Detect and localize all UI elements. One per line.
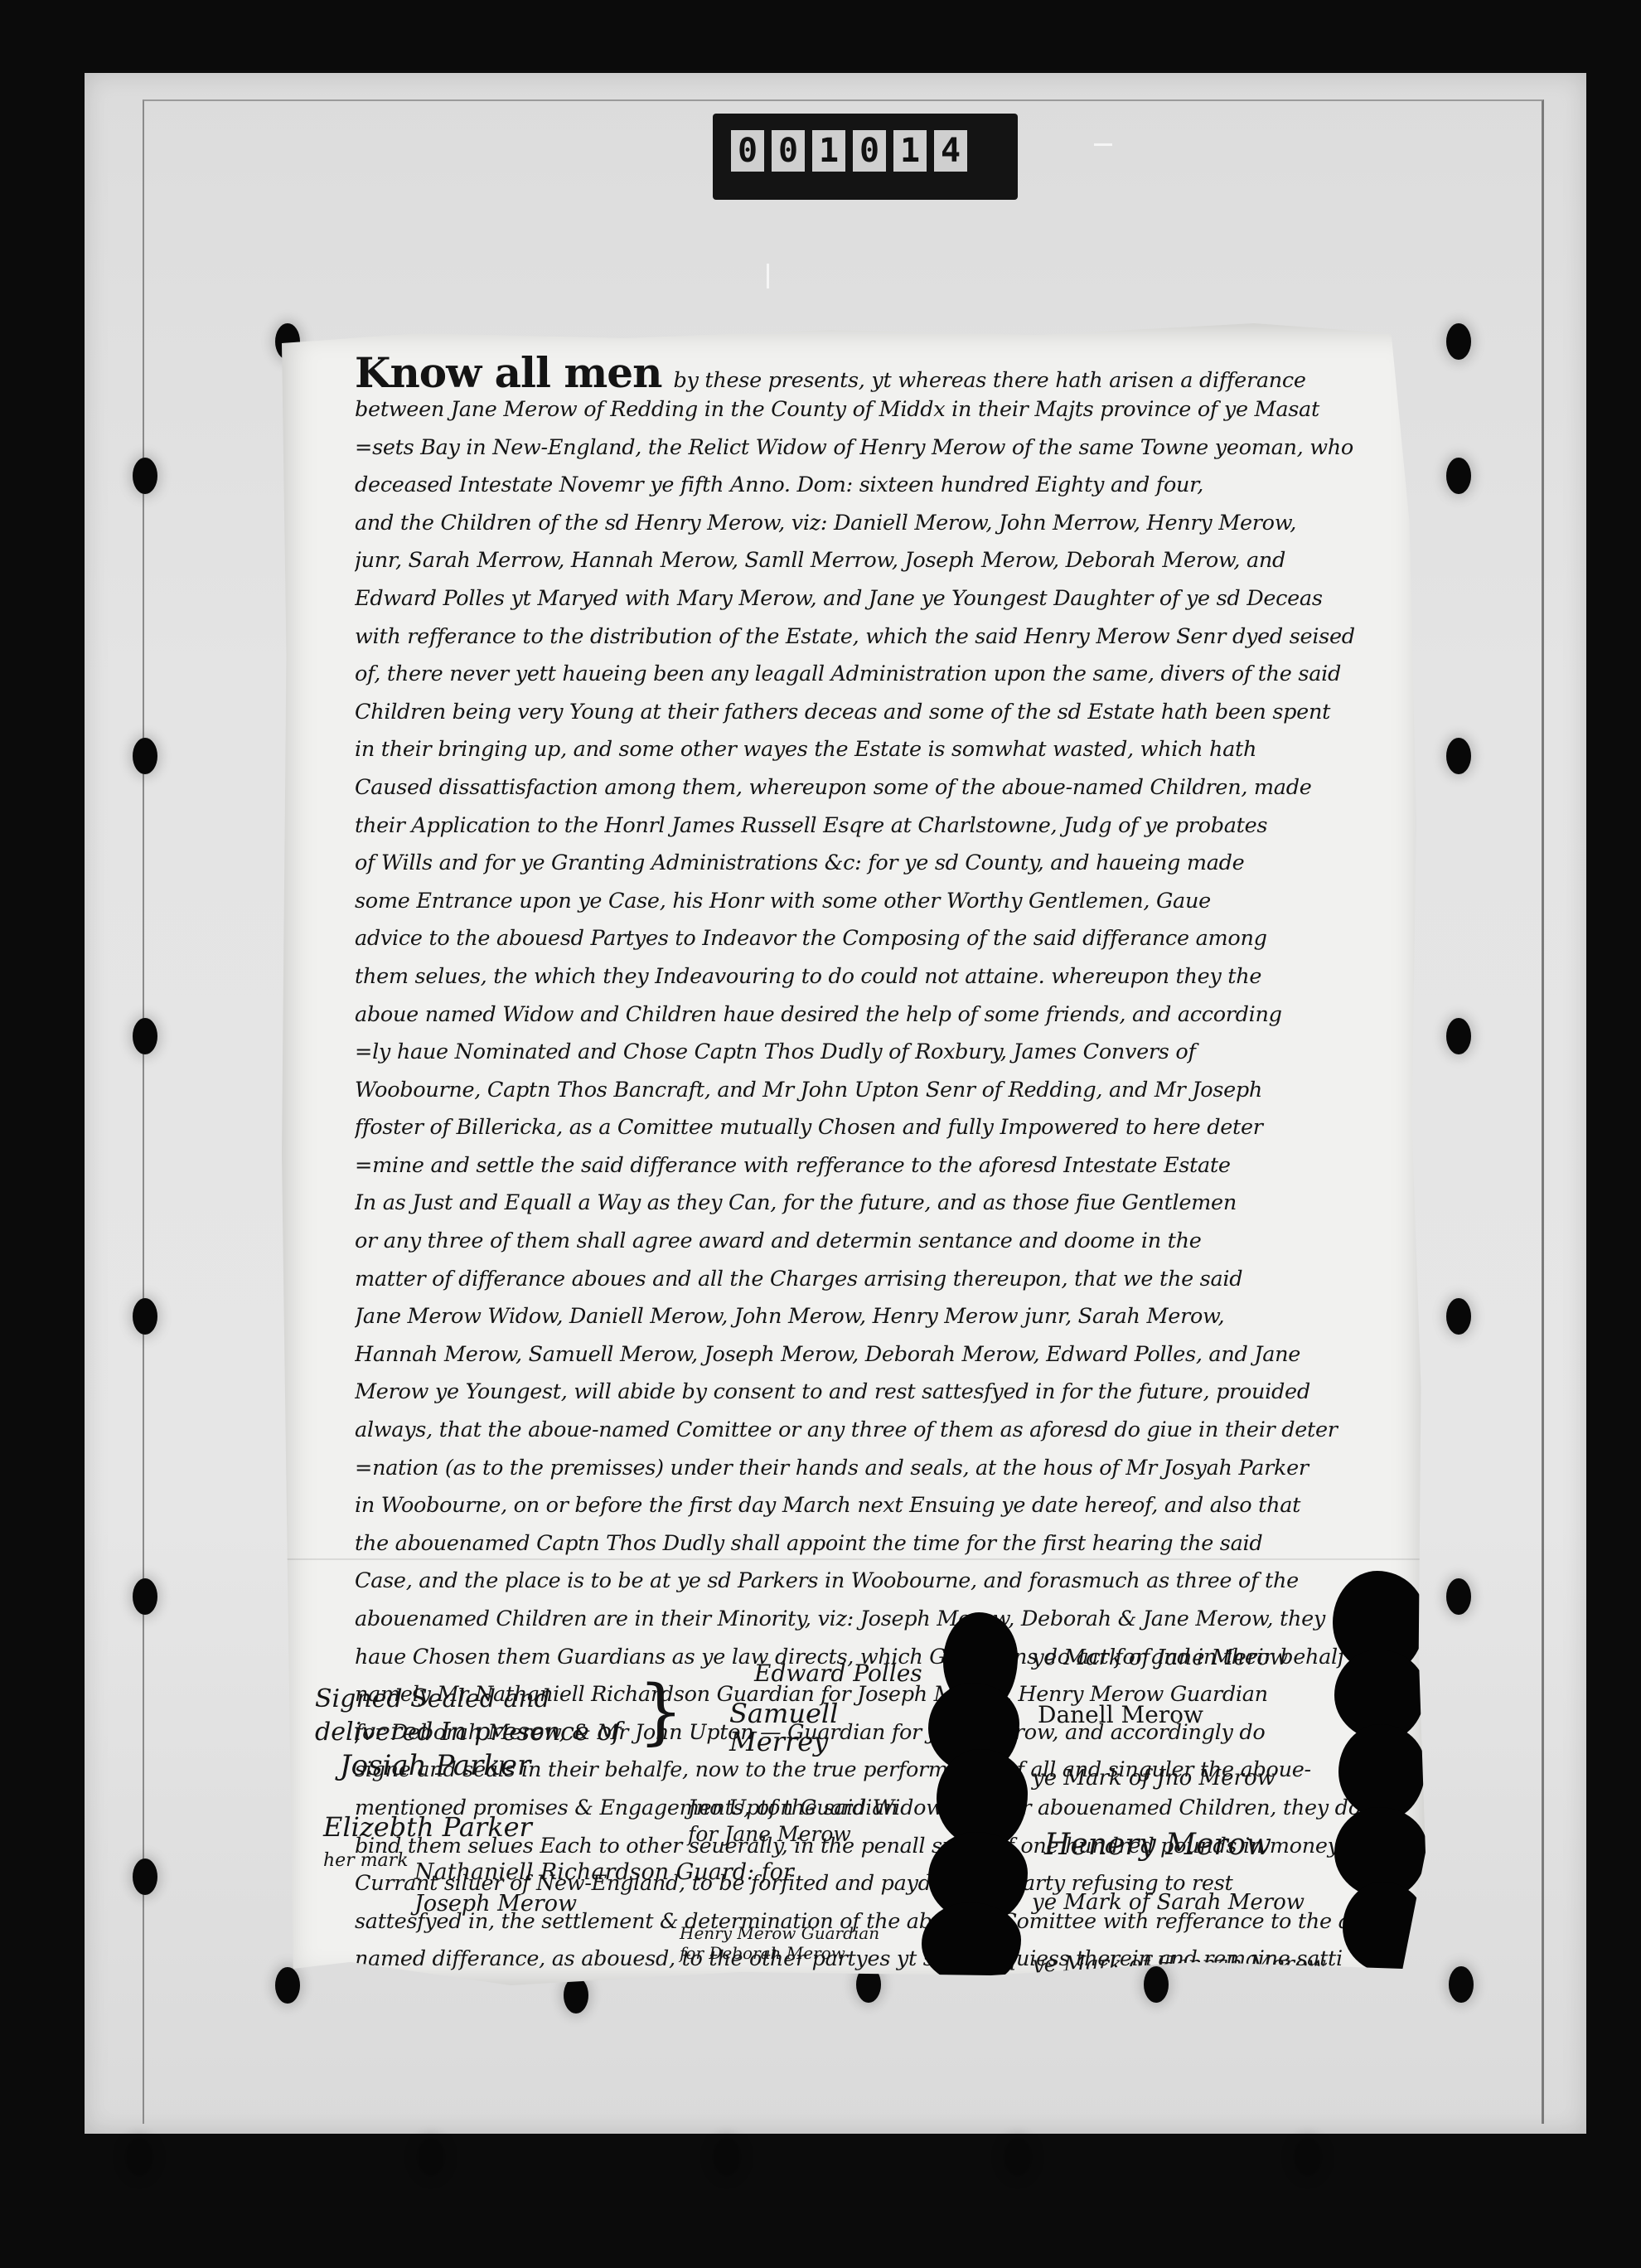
body-line: between Jane Merow of Redding in the Cou…	[355, 391, 1407, 429]
registration-dot	[133, 1018, 157, 1054]
body-line: some Entrance upon ye Case, his Honr wit…	[355, 883, 1407, 921]
body-line: In as Just and Equall a Way as they Can,…	[355, 1185, 1407, 1223]
registration-dot	[1446, 458, 1471, 494]
body-line: =ly haue Nominated and Chose Captn Thos …	[355, 1034, 1407, 1072]
body-line: Jane Merow Widow, Daniell Merow, John Me…	[355, 1298, 1407, 1336]
witness-signature: Elizebth Parker	[323, 1811, 532, 1843]
party-mark-signature: ye Mark of Jno Merow	[1032, 1766, 1276, 1791]
party-signature: Samuell Merrey	[729, 1699, 895, 1756]
body-line: in Woobourne, on or before the first day…	[355, 1487, 1407, 1525]
party-signature: Nathaniell Richardson Guard: for Joseph …	[414, 1857, 845, 1920]
brace-mark: }	[638, 1670, 684, 1753]
party-signature: Danell Merow	[1038, 1701, 1203, 1728]
body-line: of Wills and for ye Granting Administrat…	[355, 845, 1407, 883]
frame-number-digits: 0 0 1 0 1 4	[731, 130, 967, 172]
film-scratch	[1094, 143, 1112, 146]
body-line: always, that the aboue-named Comittee or…	[355, 1412, 1407, 1450]
registration-dot	[275, 1967, 300, 2004]
registration-dot	[714, 2139, 739, 2175]
body-line: Woobourne, Captn Thos Bancraft, and Mr J…	[355, 1072, 1407, 1110]
body-line: matter of differance aboues and all the …	[355, 1261, 1407, 1299]
body-line: Edward Polles yt Maryed with Mary Merow,…	[355, 580, 1407, 618]
registration-dot	[133, 1858, 157, 1895]
registration-dot	[1005, 2139, 1030, 2175]
registration-dot	[1446, 323, 1471, 360]
registration-dot	[1295, 2139, 1320, 2175]
registration-dot	[564, 1977, 588, 2014]
body-line: or any three of them shall agree award a…	[355, 1223, 1407, 1261]
body-line: their Application to the Honrl James Rus…	[355, 807, 1407, 846]
body-line: Hannah Merow, Samuell Merow, Joseph Mero…	[355, 1336, 1407, 1374]
registration-dot	[419, 2139, 443, 2175]
registration-dot	[1446, 1298, 1471, 1335]
body-line: with refferance to the distribution of t…	[355, 618, 1407, 657]
deed-heading: Know all men	[355, 348, 661, 397]
frame-digit: 1	[812, 130, 845, 172]
registration-dot	[1446, 1578, 1471, 1615]
body-line: Caused dissattisfaction among them, wher…	[355, 769, 1407, 807]
body-line: junr, Sarah Merrow, Hannah Merow, Samll …	[355, 542, 1407, 580]
body-line: in their bringing up, and some other way…	[355, 731, 1407, 769]
manuscript-page: Know all men by these presents, yt where…	[282, 323, 1426, 1985]
party-signature: Jno Upton Guardian for Jane Merow	[688, 1795, 920, 1848]
frame-digit: 0	[772, 130, 805, 172]
witness-signature: Josiah Parker	[340, 1749, 530, 1782]
body-line: =nation (as to the premisses) under thei…	[355, 1450, 1407, 1488]
body-line: =sets Bay in New-England, the Relict Wid…	[355, 429, 1407, 468]
body-line: aboue named Widow and Children haue desi…	[355, 996, 1407, 1035]
registration-dot	[133, 1578, 157, 1615]
wax-seal	[1338, 1724, 1426, 1820]
registration-dot	[1144, 1966, 1169, 2003]
frame-digit: 0	[853, 130, 886, 172]
body-line: them selues, the which they Indeavouring…	[355, 958, 1407, 996]
registration-dot	[1446, 738, 1471, 774]
registration-dot	[1446, 1018, 1471, 1054]
witness-mark-caption: her mark	[323, 1850, 409, 1871]
party-signature: Henry Merow Guardian for Deborah Merow	[680, 1923, 895, 1963]
body-line: ffoster of Billericka, as a Comittee mut…	[355, 1109, 1407, 1147]
body-line: and the Children of the sd Henry Merow, …	[355, 505, 1407, 543]
body-line: advice to the abouesd Partyes to Indeavo…	[355, 920, 1407, 958]
frame-digit: 0	[731, 130, 764, 172]
party-signature: Henery Merow	[1044, 1828, 1271, 1862]
frame-digit: 1	[893, 130, 927, 172]
body-line: the abouenamed Captn Thos Dudly shall ap…	[355, 1525, 1407, 1563]
registration-dot	[133, 458, 157, 494]
attestation-clause: Signed Sealed and delivered In presence …	[315, 1683, 671, 1749]
body-line: Merow ye Youngest, will abide by consent…	[355, 1374, 1407, 1412]
body-line: deceased Intestate Novemr ye fifth Anno.…	[355, 467, 1407, 505]
frame-digit: 4	[934, 130, 967, 172]
registration-dot	[127, 2139, 152, 2175]
opening-line: Know all men by these presents, yt where…	[355, 348, 1407, 391]
body-line: abouenamed Children are in their Minorit…	[355, 1601, 1407, 1639]
frame-number-label: 0 0 1 0 1 4	[713, 114, 1018, 200]
registration-dot	[133, 1298, 157, 1335]
body-line: =mine and settle the said differance wit…	[355, 1147, 1407, 1185]
wax-seal	[922, 1902, 1021, 1985]
party-mark-signature: ye Mark of Sarah Merow	[1032, 1890, 1305, 1915]
body-line: Case, and the place is to be at ye sd Pa…	[355, 1563, 1407, 1601]
party-signature: Edward Polles	[754, 1660, 922, 1687]
body-line: of, there never yett haueing been any le…	[355, 656, 1407, 694]
party-mark-signature: ye Mark of Jane Merow	[1032, 1645, 1288, 1670]
body-line: Children being very Young at their fathe…	[355, 694, 1407, 732]
film-scratch	[767, 264, 769, 288]
registration-dot	[133, 738, 157, 774]
registration-dot	[1449, 1966, 1474, 2003]
